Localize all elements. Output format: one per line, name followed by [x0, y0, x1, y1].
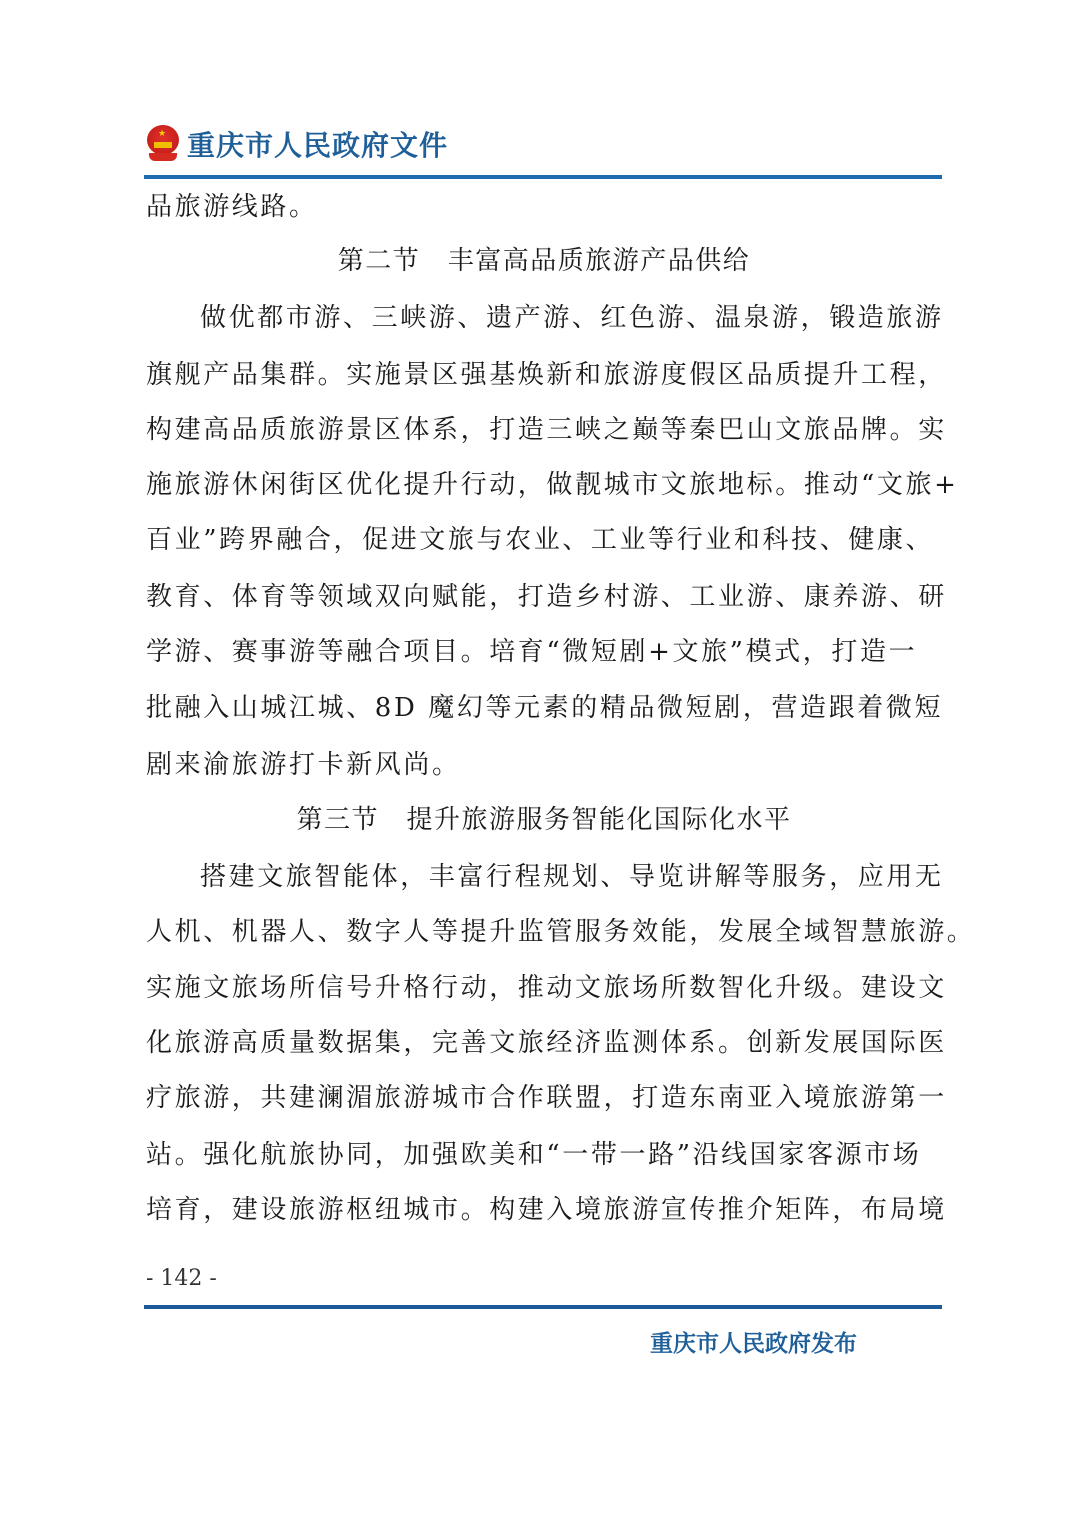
paragraph-line: 学游、赛事游等融合项目。培育“微短剧+文旅”模式，打造一	[146, 637, 942, 667]
paragraph-line: 疗旅游，共建澜湄旅游城市合作联盟，打造东南亚入境旅游第一	[146, 1083, 942, 1113]
footer-divider	[144, 1305, 942, 1309]
paragraph-line: 做优都市游、三峡游、遗产游、红色游、温泉游，锻造旅游	[200, 303, 942, 333]
paragraph-line: 剧来渝旅游打卡新风尚。	[146, 750, 942, 780]
paragraph-line: 化旅游高质量数据集，完善文旅经济监测体系。创新发展国际医	[146, 1028, 942, 1058]
paragraph-line: 品旅游线路。	[146, 192, 942, 222]
section-heading: 第二节 丰富高品质旅游产品供给	[146, 246, 942, 276]
header-divider	[144, 175, 942, 179]
page-number: - 142 -	[146, 1264, 217, 1294]
header-title: 重庆市人民政府文件	[187, 124, 448, 164]
national-emblem-icon: ★	[145, 125, 181, 163]
paragraph-line: 人机、机器人、数字人等提升监管服务效能，发展全域智慧旅游。	[146, 917, 942, 947]
paragraph-line: 培育，建设旅游枢纽城市。构建入境旅游宣传推介矩阵，布局境	[146, 1195, 942, 1225]
footer-publisher: 重庆市人民政府发布	[650, 1325, 857, 1358]
paragraph-line: 站。强化航旅协同，加强欧美和“一带一路”沿线国家客源市场	[146, 1140, 942, 1170]
document-header: ★ 重庆市人民政府文件	[145, 122, 448, 166]
paragraph-line: 施旅游休闲街区优化提升行动，做靓城市文旅地标。推动“文旅+	[146, 470, 942, 500]
paragraph-line: 旗舰产品集群。实施景区强基焕新和旅游度假区品质提升工程，	[146, 360, 942, 390]
section-heading: 第三节 提升旅游服务智能化国际化水平	[146, 805, 942, 835]
paragraph-line: 教育、体育等领域双向赋能，打造乡村游、工业游、康养游、研	[146, 582, 942, 612]
paragraph-line: 批融入山城江城、8D 魔幻等元素的精品微短剧，营造跟着微短	[146, 693, 942, 723]
paragraph-line: 百业”跨界融合，促进文旅与农业、工业等行业和科技、健康、	[146, 525, 942, 555]
paragraph-line: 搭建文旅智能体，丰富行程规划、导览讲解等服务，应用无	[200, 862, 942, 892]
paragraph-line: 实施文旅场所信号升格行动，推动文旅场所数智化升级。建设文	[146, 973, 942, 1003]
paragraph-line: 构建高品质旅游景区体系，打造三峡之巅等秦巴山文旅品牌。实	[146, 415, 942, 445]
